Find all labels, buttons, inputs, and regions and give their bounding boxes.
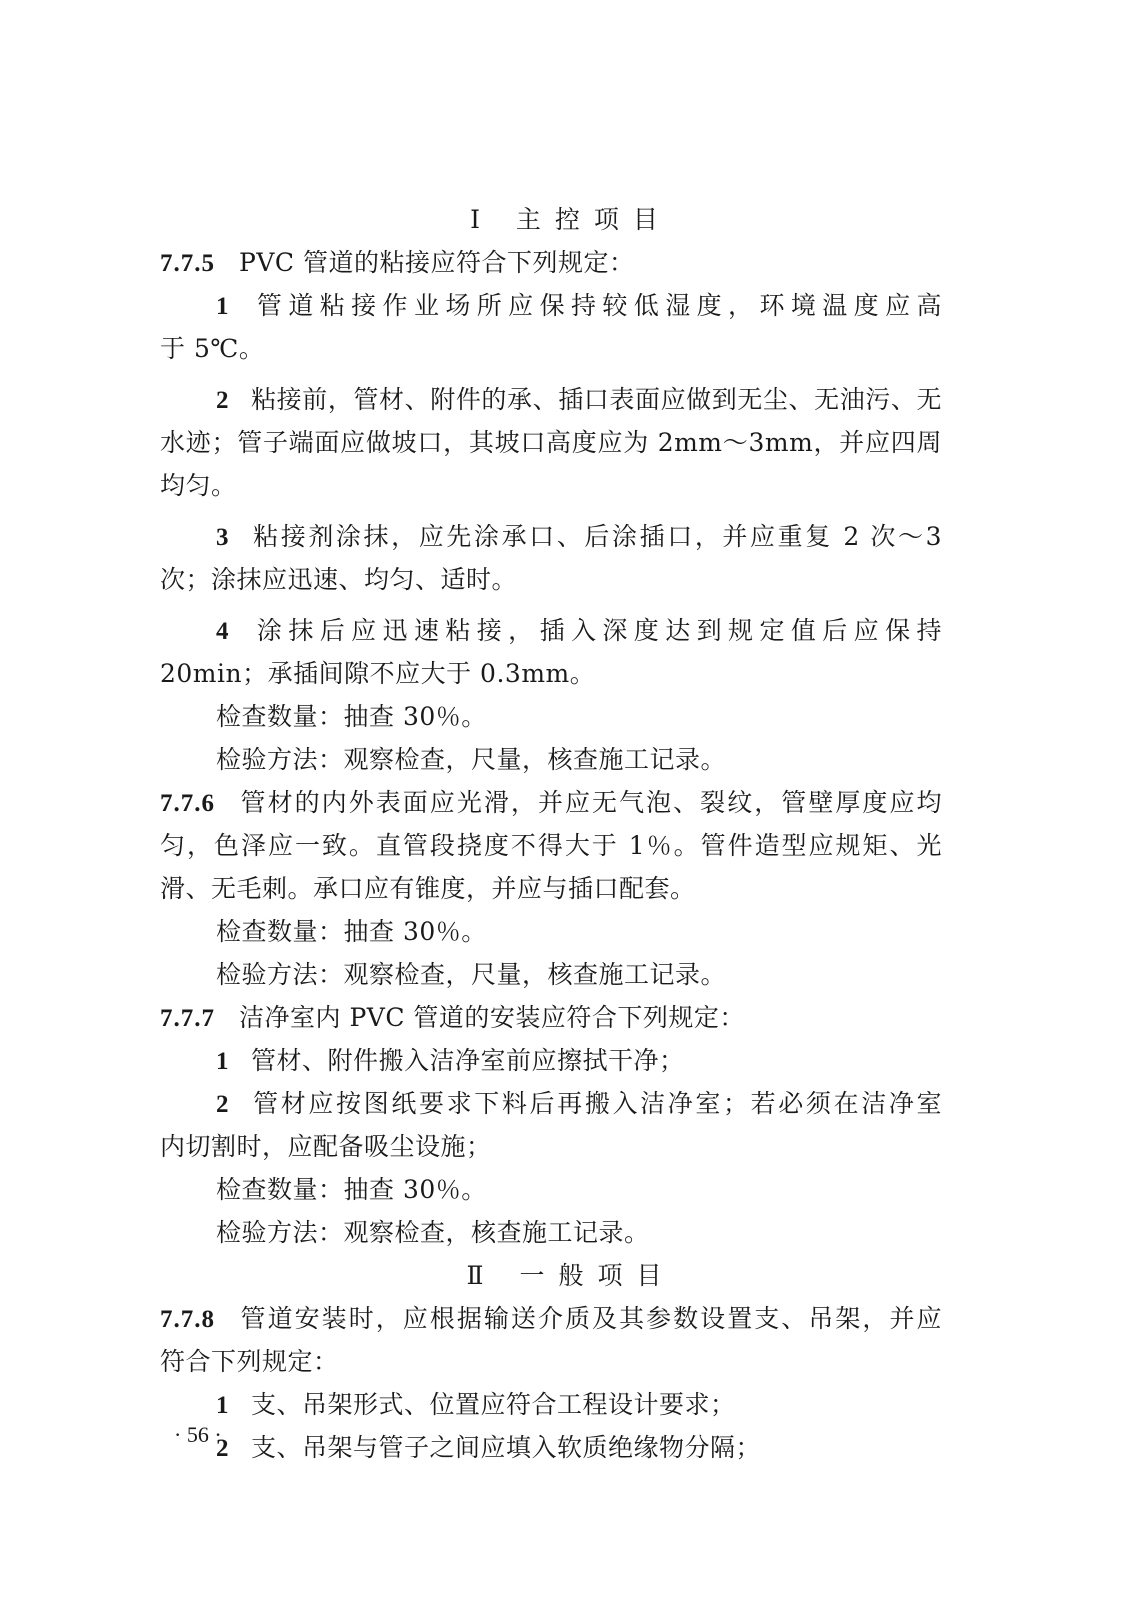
- clause-number: 7.7.6: [160, 790, 215, 817]
- clause-7-7-6-check-method: 检验方法：观察检查，尺量，核查施工记录。: [216, 955, 726, 995]
- clause-text: 洁净室内 PVC 管道的安装应符合下列规定：: [239, 1003, 745, 1032]
- clause-7-7-5-item-1: 1管道粘接作业场所应保持较低湿度，环境温度应高: [216, 286, 942, 326]
- clause-7-7-7-title: 7.7.7洁净室内 PVC 管道的安装应符合下列规定：: [160, 998, 745, 1038]
- item-text: 管材、附件搬入洁净室前应擦拭干净；: [251, 1046, 685, 1075]
- item-number: 2: [216, 1091, 229, 1118]
- page-number: · 56 ·: [174, 1422, 222, 1448]
- section-heading-main-control: Ⅰ 主控项目: [160, 200, 942, 240]
- item-text: 支、吊架与管子之间应填入软质绝缘物分隔；: [251, 1433, 761, 1462]
- clause-text: PVC 管道的粘接应符合下列规定：: [239, 248, 634, 277]
- clause-7-7-5-item-2-cont: 水迹；管子端面应做坡口，其坡口高度应为 2mm～3mm，并应四周: [160, 423, 942, 463]
- item-text: 管道粘接作业场所应保持较低湿度，环境温度应高: [251, 291, 942, 320]
- item-number: 1: [216, 293, 229, 320]
- clause-7-7-5-item-2-cont2: 均匀。: [160, 466, 237, 506]
- section-heading-general: Ⅱ 一般项目: [160, 1256, 942, 1296]
- item-number: 1: [216, 1392, 229, 1419]
- clause-7-7-8-cont: 符合下列规定：: [160, 1342, 339, 1382]
- item-number: 2: [216, 387, 229, 414]
- clause-text: 管材的内外表面应光滑，并应无气泡、裂纹，管壁厚度应均: [239, 788, 942, 817]
- clause-7-7-6: 7.7.6管材的内外表面应光滑，并应无气泡、裂纹，管壁厚度应均: [160, 783, 942, 823]
- item-text: 涂抹后应迅速粘接，插入深度达到规定值后应保持: [251, 616, 942, 645]
- clause-7-7-5-check-quantity: 检查数量：抽查 30％。: [216, 697, 487, 737]
- clause-7-7-7-item-2-cont: 内切割时，应配备吸尘设施；: [160, 1127, 492, 1167]
- clause-number: 7.7.8: [160, 1306, 215, 1333]
- clause-7-7-5-item-2: 2粘接前，管材、附件的承、插口表面应做到无尘、无油污、无: [216, 380, 942, 420]
- item-text: 粘接剂涂抹，应先涂承口、后涂插口，并应重复 2 次～3: [251, 522, 942, 551]
- clause-7-7-5-item-3-cont: 次；涂抹应迅速、均匀、适时。: [160, 560, 517, 600]
- clause-7-7-7-check-quantity: 检查数量：抽查 30％。: [216, 1170, 487, 1210]
- clause-7-7-7-item-1: 1管材、附件搬入洁净室前应擦拭干净；: [216, 1041, 685, 1081]
- clause-7-7-7-check-method: 检验方法：观察检查，核查施工记录。: [216, 1213, 650, 1253]
- clause-7-7-6-check-quantity: 检查数量：抽查 30％。: [216, 912, 487, 952]
- clause-number: 7.7.7: [160, 1005, 215, 1032]
- item-text: 粘接前，管材、附件的承、插口表面应做到无尘、无油污、无: [251, 385, 942, 414]
- clause-7-7-5-item-4: 4涂抹后应迅速粘接，插入深度达到规定值后应保持: [216, 611, 942, 651]
- clause-7-7-5-item-1-cont: 于 5℃。: [160, 329, 264, 369]
- clause-7-7-7-item-2: 2管材应按图纸要求下料后再搬入洁净室；若必须在洁净室: [216, 1084, 942, 1124]
- item-number: 3: [216, 524, 229, 551]
- clause-7-7-5-title: 7.7.5PVC 管道的粘接应符合下列规定：: [160, 243, 634, 283]
- item-text: 支、吊架形式、位置应符合工程设计要求；: [251, 1390, 736, 1419]
- clause-7-7-6-cont: 匀，色泽应一致。直管段挠度不得大于 1％。管件造型应规矩、光: [160, 826, 942, 866]
- clause-number: 7.7.5: [160, 250, 215, 277]
- item-text: 管材应按图纸要求下料后再搬入洁净室；若必须在洁净室: [251, 1089, 942, 1118]
- clause-7-7-5-item-4-cont: 20min；承插间隙不应大于 0.3mm。: [160, 654, 595, 694]
- clause-7-7-5-check-method: 检验方法：观察检查，尺量，核查施工记录。: [216, 740, 726, 780]
- clause-7-7-5-item-3: 3粘接剂涂抹，应先涂承口、后涂插口，并应重复 2 次～3: [216, 517, 942, 557]
- clause-7-7-8-item-1: 1支、吊架形式、位置应符合工程设计要求；: [216, 1385, 736, 1425]
- clause-text: 管道安装时，应根据输送介质及其参数设置支、吊架，并应: [239, 1304, 942, 1333]
- clause-7-7-8-item-2: 2支、吊架与管子之间应填入软质绝缘物分隔；: [216, 1428, 761, 1468]
- item-number: 1: [216, 1048, 229, 1075]
- clause-7-7-8: 7.7.8管道安装时，应根据输送介质及其参数设置支、吊架，并应: [160, 1299, 942, 1339]
- item-number: 4: [216, 618, 229, 645]
- clause-7-7-6-cont2: 滑、无毛刺。承口应有锥度，并应与插口配套。: [160, 869, 696, 909]
